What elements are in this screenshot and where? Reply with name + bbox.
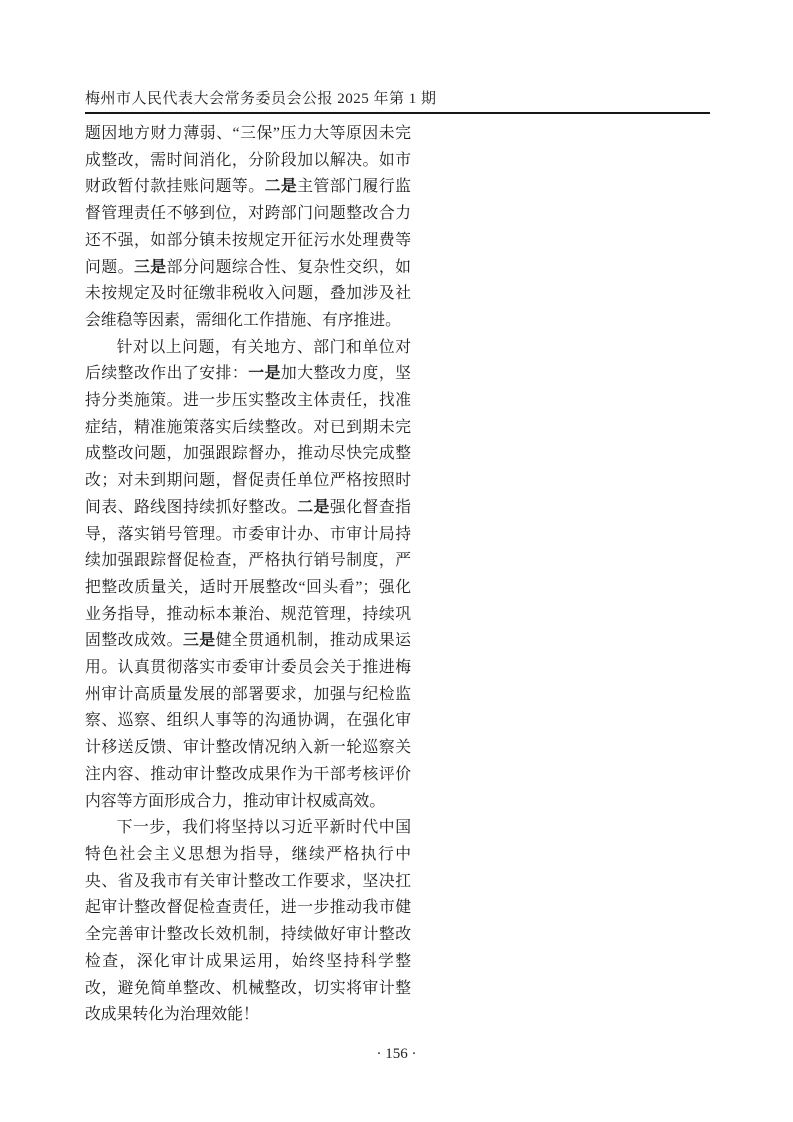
text-segment: 强化督查指导，落实销号管理。市委审计办、市审计局持续加强跟踪督促检查，严格执行销… (85, 499, 411, 650)
page-number: · 156 · (377, 1046, 417, 1062)
text-segment: 健全贯通机制，推动成果运用。认真贯彻落实市委审计委员会关于推进梅州审计高质量发展… (85, 632, 411, 809)
bold-enumerator: 一是 (248, 365, 281, 382)
header-title: 梅州市人民代表大会常务委员会公报 2025 年第 1 期 (85, 87, 437, 108)
paragraph: 题因地方财力薄弱、“三保”压力大等原因未完成整改，需时间消化，分阶段加以解决。如… (85, 121, 411, 335)
header-rule (85, 112, 710, 114)
bulletin-page: 梅州市人民代表大会常务委员会公报 2025 年第 1 期 题因地方财力薄弱、“三… (0, 0, 793, 1122)
text-segment: 下一步，我们将坚持以习近平新时代中国特色社会主义思想为指导，继续严格执行中央、省… (85, 819, 411, 1023)
bold-enumerator: 三是 (183, 632, 216, 649)
bold-enumerator: 三是 (134, 259, 167, 276)
document-body: 题因地方财力薄弱、“三保”压力大等原因未完成整改，需时间消化，分阶段加以解决。如… (85, 121, 411, 1029)
paragraph: 下一步，我们将坚持以习近平新时代中国特色社会主义思想为指导，继续严格执行中央、省… (85, 815, 411, 1029)
paragraph: 针对以上问题，有关地方、部门和单位对后续整改作出了安排：一是加大整改力度，坚持分… (85, 335, 411, 816)
bold-enumerator: 二是 (297, 499, 330, 516)
page-footer: · 156 · (0, 1046, 793, 1063)
bold-enumerator: 二是 (265, 178, 298, 195)
text-segment: 加大整改力度，坚持分类施策。进一步压实整改主体责任，找准症结，精准施策落实后续整… (85, 365, 411, 516)
